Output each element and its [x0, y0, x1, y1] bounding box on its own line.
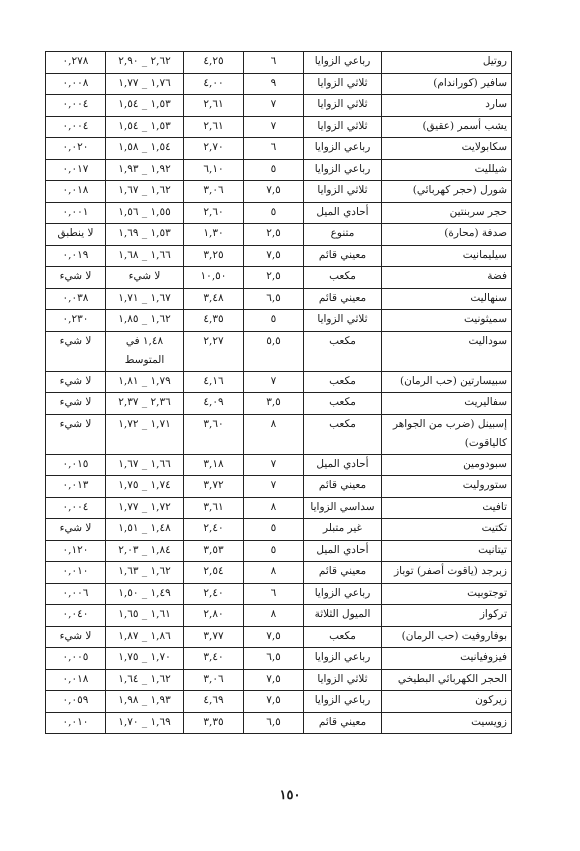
gem-name-cell: سنهاليت	[382, 288, 512, 310]
hardness-cell: ٨	[244, 562, 304, 584]
crystal-system-cell: مكعب	[304, 626, 382, 648]
gem-name-cell: حجر سربنتين	[382, 202, 512, 224]
birefringence-cell: ٠,٠٠٤	[46, 95, 106, 117]
birefringence-cell: ٠,٠٠٤	[46, 497, 106, 519]
refractive-index-cell: ١,٧٢ _ ١,٧٧	[106, 497, 184, 519]
hardness-cell: ٦,٥	[244, 288, 304, 310]
refractive-index-cell: ١,٧٩ _ ١,٨١	[106, 371, 184, 393]
specific-gravity-cell: ٢,٤٠	[184, 583, 244, 605]
crystal-system-cell: مكعب	[304, 267, 382, 289]
gem-name-cell: سميثونيت	[382, 310, 512, 332]
gemstone-properties-table: روتيلرباعي الزوايا٦٤,٢٥٢,٦٢ _ ٢,٩٠٠,٢٧٨س…	[45, 51, 512, 734]
crystal-system-cell: سداسي الزوايا	[304, 497, 382, 519]
crystal-system-cell: رباعي الزوايا	[304, 583, 382, 605]
crystal-system-cell: رباعي الزوايا	[304, 691, 382, 713]
birefringence-cell: ٠,٠٠٨	[46, 73, 106, 95]
specific-gravity-cell: ٢,٤٠	[184, 519, 244, 541]
refractive-index-cell: ٢,٣٦ _ ٢,٣٧	[106, 393, 184, 415]
hardness-cell: ٦	[244, 583, 304, 605]
crystal-system-cell: رباعي الزوايا	[304, 52, 382, 74]
refractive-index-cell: ١,٩٢ _ ١,٩٣	[106, 159, 184, 181]
table-row: سوداليتمكعب٥,٥٢,٢٧١,٤٨ في المتوسطلا شيء	[46, 331, 512, 371]
table-row: زبرجد (ياقوت أصفر) توبازمعيني قائم٨٢,٥٤١…	[46, 562, 512, 584]
specific-gravity-cell: ٢,٨٠	[184, 605, 244, 627]
hardness-cell: ٥	[244, 202, 304, 224]
refractive-index-cell: ١,٨٦ _ ١,٨٧	[106, 626, 184, 648]
hardness-cell: ٦,٥	[244, 712, 304, 734]
refractive-index-cell: ١,٨٤ _ ٢,٠٣	[106, 540, 184, 562]
birefringence-cell: ٠,٠١٧	[46, 159, 106, 181]
crystal-system-cell: مكعب	[304, 371, 382, 393]
crystal-system-cell: رباعي الزوايا	[304, 648, 382, 670]
gem-name-cell: سبيسارتين (حب الرمان)	[382, 371, 512, 393]
crystal-system-cell: معيني قائم	[304, 712, 382, 734]
refractive-index-cell: لا شيء	[106, 267, 184, 289]
specific-gravity-cell: ٤,٠٠	[184, 73, 244, 95]
specific-gravity-cell: ٣,٧٧	[184, 626, 244, 648]
crystal-system-cell: متنوع	[304, 224, 382, 246]
hardness-cell: ٧	[244, 95, 304, 117]
crystal-system-cell: معيني قائم	[304, 245, 382, 267]
gem-name-cell: سارد	[382, 95, 512, 117]
specific-gravity-cell: ٣,٢٥	[184, 245, 244, 267]
hardness-cell: ٧,٥	[244, 691, 304, 713]
crystal-system-cell: مكعب	[304, 393, 382, 415]
birefringence-cell: ٠,٠١٠	[46, 712, 106, 734]
specific-gravity-cell: ١٠,٥٠	[184, 267, 244, 289]
table-row: زيركونرباعي الزوايا٧,٥٤,٦٩١,٩٣ _ ١,٩٨٠,٠…	[46, 691, 512, 713]
table-row: ساردثلاثي الزوايا٧٢,٦١١,٥٣ _ ١,٥٤٠,٠٠٤	[46, 95, 512, 117]
gem-name-cell: سفاليريت	[382, 393, 512, 415]
gem-name-cell: سيليمانيت	[382, 245, 512, 267]
birefringence-cell: ٠,٢٧٨	[46, 52, 106, 74]
refractive-index-cell: ١,٦٢ _ ١,٦٤	[106, 669, 184, 691]
refractive-index-cell: ١,٦٢ _ ١,٨٥	[106, 310, 184, 332]
hardness-cell: ٨	[244, 414, 304, 454]
gem-name-cell: سوداليت	[382, 331, 512, 371]
crystal-system-cell: أحادي الميل	[304, 454, 382, 476]
gem-name-cell: فيزوفيانيت	[382, 648, 512, 670]
gem-name-cell: إسبينل (ضرب من الجواهر كالياقوت)	[382, 414, 512, 454]
crystal-system-cell: غير متبلر	[304, 519, 382, 541]
refractive-index-cell: ٢,٦٢ _ ٢,٩٠	[106, 52, 184, 74]
specific-gravity-cell: ٣,٥٣	[184, 540, 244, 562]
gem-name-cell: صدفة (محارة)	[382, 224, 512, 246]
refractive-index-cell: ١,٥٤ _ ١,٥٨	[106, 138, 184, 160]
specific-gravity-cell: ٤,٦٩	[184, 691, 244, 713]
specific-gravity-cell: ٣,٠٦	[184, 669, 244, 691]
specific-gravity-cell: ٦,١٠	[184, 159, 244, 181]
table-row: تركوازالميول الثلاثة٨٢,٨٠١,٦١ _ ١,٦٥٠,٠٤…	[46, 605, 512, 627]
specific-gravity-cell: ٣,٠٦	[184, 181, 244, 203]
table-row: روتيلرباعي الزوايا٦٤,٢٥٢,٦٢ _ ٢,٩٠٠,٢٧٨	[46, 52, 512, 74]
refractive-index-cell: ١,٧٦ _ ١,٧٧	[106, 73, 184, 95]
hardness-cell: ٧,٥	[244, 626, 304, 648]
crystal-system-cell: معيني قائم	[304, 562, 382, 584]
hardness-cell: ٥	[244, 310, 304, 332]
refractive-index-cell: ١,٦٧ _ ١,٧١	[106, 288, 184, 310]
hardness-cell: ٧,٥	[244, 181, 304, 203]
specific-gravity-cell: ٤,٢٥	[184, 52, 244, 74]
table-row: شورل (حجر كهربائي)ثلاثي الزوايا٧,٥٣,٠٦١,…	[46, 181, 512, 203]
birefringence-cell: ٠,٠١٣	[46, 476, 106, 498]
hardness-cell: ٦	[244, 138, 304, 160]
refractive-index-cell: ١,٩٣ _ ١,٩٨	[106, 691, 184, 713]
gem-name-cell: شيلليت	[382, 159, 512, 181]
table-row: إسبينل (ضرب من الجواهر كالياقوت)مكعب٨٣,٦…	[46, 414, 512, 454]
refractive-index-cell: ١,٧١ _ ١,٧٢	[106, 414, 184, 454]
hardness-cell: ٧,٥	[244, 245, 304, 267]
birefringence-cell: ٠,٠١٨	[46, 669, 106, 691]
gem-name-cell: ستوروليت	[382, 476, 512, 498]
gem-name-cell: فضة	[382, 267, 512, 289]
hardness-cell: ٧	[244, 371, 304, 393]
birefringence-cell: لا شيء	[46, 626, 106, 648]
table-row: سيليمانيتمعيني قائم٧,٥٣,٢٥١,٦٦ _ ١,٦٨٠,٠…	[46, 245, 512, 267]
gem-name-cell: سبودومين	[382, 454, 512, 476]
refractive-index-cell: ١,٥٣ _ ١,٥٤	[106, 116, 184, 138]
birefringence-cell: لا شيء	[46, 331, 106, 371]
specific-gravity-cell: ٣,٤٨	[184, 288, 244, 310]
hardness-cell: ٦	[244, 52, 304, 74]
gem-name-cell: زويسيت	[382, 712, 512, 734]
refractive-index-cell: ١,٦٩ _ ١,٧٠	[106, 712, 184, 734]
refractive-index-cell: ١,٥٣ _ ١,٥٤	[106, 95, 184, 117]
specific-gravity-cell: ٢,٧٠	[184, 138, 244, 160]
specific-gravity-cell: ٣,٦١	[184, 497, 244, 519]
table-row: يشب أسمر (عقيق)ثلاثي الزوايا٧٢,٦١١,٥٣ _ …	[46, 116, 512, 138]
table-row: توجتوبيترباعي الزوايا٦٢,٤٠١,٤٩ _ ١,٥٠٠,٠…	[46, 583, 512, 605]
refractive-index-cell: ١,٤٨ في المتوسط	[106, 331, 184, 371]
gem-name-cell: زيركون	[382, 691, 512, 713]
birefringence-cell: ٠,٠٠٥	[46, 648, 106, 670]
birefringence-cell: ٠,١٢٠	[46, 540, 106, 562]
specific-gravity-cell: ٣,٧٢	[184, 476, 244, 498]
birefringence-cell: ٠,٢٣٠	[46, 310, 106, 332]
birefringence-cell: ٠,٠٠١	[46, 202, 106, 224]
gem-name-cell: شورل (حجر كهربائي)	[382, 181, 512, 203]
gem-name-cell: بوفاروفيت (حب الرمان)	[382, 626, 512, 648]
table-row: ستوروليتمعيني قائم٧٣,٧٢١,٧٤ _ ١,٧٥٠,٠١٣	[46, 476, 512, 498]
specific-gravity-cell: ٢,٦١	[184, 116, 244, 138]
table-row: سافير (كوراندام)ثلاثي الزوايا٩٤,٠٠١,٧٦ _…	[46, 73, 512, 95]
hardness-cell: ٨	[244, 497, 304, 519]
crystal-system-cell: ثلاثي الزوايا	[304, 73, 382, 95]
crystal-system-cell: رباعي الزوايا	[304, 138, 382, 160]
table-row: سنهاليتمعيني قائم٦,٥٣,٤٨١,٦٧ _ ١,٧١٠,٠٣٨	[46, 288, 512, 310]
birefringence-cell: ٠,٠١٠	[46, 562, 106, 584]
table-row: سبيسارتين (حب الرمان)مكعب٧٤,١٦١,٧٩ _ ١,٨…	[46, 371, 512, 393]
specific-gravity-cell: ٢,٦٠	[184, 202, 244, 224]
specific-gravity-cell: ٢,٢٧	[184, 331, 244, 371]
hardness-cell: ٧	[244, 454, 304, 476]
table-row: تكتيتغير متبلر٥٢,٤٠١,٤٨ _ ١,٥١لا شيء	[46, 519, 512, 541]
refractive-index-cell: ١,٧٠ _ ١,٧٥	[106, 648, 184, 670]
refractive-index-cell: ١,٦١ _ ١,٦٥	[106, 605, 184, 627]
crystal-system-cell: الميول الثلاثة	[304, 605, 382, 627]
birefringence-cell: ٠,٠١٨	[46, 181, 106, 203]
gem-name-cell: زبرجد (ياقوت أصفر) توباز	[382, 562, 512, 584]
refractive-index-cell: ١,٤٩ _ ١,٥٠	[106, 583, 184, 605]
specific-gravity-cell: ٣,٦٠	[184, 414, 244, 454]
specific-gravity-cell: ٤,٣٥	[184, 310, 244, 332]
hardness-cell: ٥	[244, 159, 304, 181]
specific-gravity-cell: ٢,٦١	[184, 95, 244, 117]
hardness-cell: ٥	[244, 540, 304, 562]
table-row: سبودومينأحادي الميل٧٣,١٨١,٦٦ _ ١,٦٧٠,٠١٥	[46, 454, 512, 476]
table-row: تافيتسداسي الزوايا٨٣,٦١١,٧٢ _ ١,٧٧٠,٠٠٤	[46, 497, 512, 519]
table-row: حجر سربنتينأحادي الميل٥٢,٦٠١,٥٥ _ ١,٥٦٠,…	[46, 202, 512, 224]
specific-gravity-cell: ٣,٣٥	[184, 712, 244, 734]
birefringence-cell: ٠,٠١٩	[46, 245, 106, 267]
birefringence-cell: ٠,٠٠٦	[46, 583, 106, 605]
birefringence-cell: لا شيء	[46, 414, 106, 454]
hardness-cell: ٧	[244, 116, 304, 138]
birefringence-cell: ٠,٠١٥	[46, 454, 106, 476]
crystal-system-cell: مكعب	[304, 331, 382, 371]
gem-name-cell: سكابولايت	[382, 138, 512, 160]
hardness-cell: ٦,٥	[244, 648, 304, 670]
birefringence-cell: لا شيء	[46, 519, 106, 541]
table-row: شيلليترباعي الزوايا٥٦,١٠١,٩٢ _ ١,٩٣٠,٠١٧	[46, 159, 512, 181]
specific-gravity-cell: ٤,١٦	[184, 371, 244, 393]
birefringence-cell: ٠,٠٥٩	[46, 691, 106, 713]
crystal-system-cell: ثلاثي الزوايا	[304, 116, 382, 138]
page-number: ١٥٠	[0, 788, 580, 803]
birefringence-cell: لا شيء	[46, 393, 106, 415]
hardness-cell: ٥,٥	[244, 331, 304, 371]
crystal-system-cell: ثلاثي الزوايا	[304, 95, 382, 117]
gem-name-cell: تركواز	[382, 605, 512, 627]
refractive-index-cell: ١,٦٢ _ ١,٦٣	[106, 562, 184, 584]
table-row: بوفاروفيت (حب الرمان)مكعب٧,٥٣,٧٧١,٨٦ _ ١…	[46, 626, 512, 648]
hardness-cell: ٢,٥	[244, 267, 304, 289]
refractive-index-cell: ١,٦٦ _ ١,٦٨	[106, 245, 184, 267]
gem-name-cell: توجتوبيت	[382, 583, 512, 605]
hardness-cell: ٩	[244, 73, 304, 95]
crystal-system-cell: أحادي الميل	[304, 540, 382, 562]
gem-name-cell: روتيل	[382, 52, 512, 74]
crystal-system-cell: أحادي الميل	[304, 202, 382, 224]
hardness-cell: ٢,٥	[244, 224, 304, 246]
gem-name-cell: تيتانيت	[382, 540, 512, 562]
specific-gravity-cell: ٢,٥٤	[184, 562, 244, 584]
hardness-cell: ٣,٥	[244, 393, 304, 415]
birefringence-cell: ٠,٠٢٠	[46, 138, 106, 160]
table-row: زويسيتمعيني قائم٦,٥٣,٣٥١,٦٩ _ ١,٧٠٠,٠١٠	[46, 712, 512, 734]
crystal-system-cell: مكعب	[304, 414, 382, 454]
hardness-cell: ٧	[244, 476, 304, 498]
specific-gravity-cell: ٣,٤٠	[184, 648, 244, 670]
birefringence-cell: لا شيء	[46, 371, 106, 393]
gem-name-cell: الحجر الكهربائي البطيخي	[382, 669, 512, 691]
hardness-cell: ٧,٥	[244, 669, 304, 691]
gem-name-cell: تكتيت	[382, 519, 512, 541]
table-body: روتيلرباعي الزوايا٦٤,٢٥٢,٦٢ _ ٢,٩٠٠,٢٧٨س…	[46, 52, 512, 734]
crystal-system-cell: معيني قائم	[304, 476, 382, 498]
refractive-index-cell: ١,٧٤ _ ١,٧٥	[106, 476, 184, 498]
refractive-index-cell: ١,٦٦ _ ١,٦٧	[106, 454, 184, 476]
hardness-cell: ٨	[244, 605, 304, 627]
birefringence-cell: لا ينطبق	[46, 224, 106, 246]
birefringence-cell: لا شيء	[46, 267, 106, 289]
birefringence-cell: ٠,٠٣٨	[46, 288, 106, 310]
gem-name-cell: سافير (كوراندام)	[382, 73, 512, 95]
crystal-system-cell: ثلاثي الزوايا	[304, 669, 382, 691]
table-row: تيتانيتأحادي الميل٥٣,٥٣١,٨٤ _ ٢,٠٣٠,١٢٠	[46, 540, 512, 562]
table-row: صدفة (محارة)متنوع٢,٥١,٣٠١,٥٣ _ ١,٦٩لا ين…	[46, 224, 512, 246]
table-row: فيزوفيانيترباعي الزوايا٦,٥٣,٤٠١,٧٠ _ ١,٧…	[46, 648, 512, 670]
hardness-cell: ٥	[244, 519, 304, 541]
refractive-index-cell: ١,٥٣ _ ١,٦٩	[106, 224, 184, 246]
gem-name-cell: تافيت	[382, 497, 512, 519]
birefringence-cell: ٠,٠٤٠	[46, 605, 106, 627]
specific-gravity-cell: ٤,٠٩	[184, 393, 244, 415]
refractive-index-cell: ١,٤٨ _ ١,٥١	[106, 519, 184, 541]
crystal-system-cell: ثلاثي الزوايا	[304, 181, 382, 203]
crystal-system-cell: معيني قائم	[304, 288, 382, 310]
table-row: سفاليريتمكعب٣,٥٤,٠٩٢,٣٦ _ ٢,٣٧لا شيء	[46, 393, 512, 415]
table-row: سكابولايترباعي الزوايا٦٢,٧٠١,٥٤ _ ١,٥٨٠,…	[46, 138, 512, 160]
table-row: سميثونيتثلاثي الزوايا٥٤,٣٥١,٦٢ _ ١,٨٥٠,٢…	[46, 310, 512, 332]
refractive-index-cell: ١,٥٥ _ ١,٥٦	[106, 202, 184, 224]
specific-gravity-cell: ١,٣٠	[184, 224, 244, 246]
document-page: روتيلرباعي الزوايا٦٤,٢٥٢,٦٢ _ ٢,٩٠٠,٢٧٨س…	[0, 0, 580, 851]
specific-gravity-cell: ٣,١٨	[184, 454, 244, 476]
table-row: فضةمكعب٢,٥١٠,٥٠لا شيءلا شيء	[46, 267, 512, 289]
gem-name-cell: يشب أسمر (عقيق)	[382, 116, 512, 138]
refractive-index-cell: ١,٦٢ _ ١,٦٧	[106, 181, 184, 203]
birefringence-cell: ٠,٠٠٤	[46, 116, 106, 138]
crystal-system-cell: رباعي الزوايا	[304, 159, 382, 181]
crystal-system-cell: ثلاثي الزوايا	[304, 310, 382, 332]
table-row: الحجر الكهربائي البطيخيثلاثي الزوايا٧,٥٣…	[46, 669, 512, 691]
